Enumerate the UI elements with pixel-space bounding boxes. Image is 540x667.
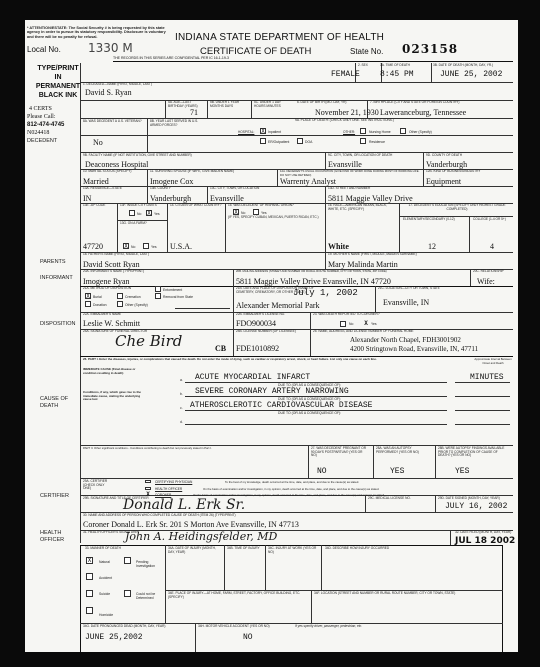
homicide-checkbox[interactable] — [86, 607, 93, 614]
embalmer-license[interactable]: FDO900034 — [236, 319, 276, 328]
education-elementary[interactable]: 12 — [428, 242, 436, 251]
sex-value[interactable]: FEMALE — [331, 70, 360, 79]
inpatient-checkbox[interactable]: X — [260, 128, 266, 134]
informant-name[interactable]: Imogene Ryan — [83, 277, 130, 286]
local-no-label: Local No. — [27, 45, 61, 54]
nursing-home-checkbox[interactable] — [360, 128, 366, 134]
section-decedent: DECEDENT — [27, 138, 57, 144]
pending-checkbox[interactable] — [124, 557, 131, 564]
occupation[interactable]: Warrenty Analyst — [280, 177, 336, 186]
section-health-officer: HEALTH OFFICER — [40, 530, 64, 544]
funeral-director-signature[interactable]: Che Bird — [115, 332, 182, 350]
disposition-location[interactable]: Evansville, IN — [383, 298, 429, 307]
marital-status[interactable]: Married — [83, 177, 109, 186]
residence-street[interactable]: 5811 Maggie Valley Drive — [328, 194, 413, 203]
date-pronounced-dead[interactable]: JUNE 25,2002 — [85, 633, 143, 642]
undetermined-checkbox[interactable] — [124, 590, 131, 597]
section-certifier: CERTIFIER — [40, 493, 69, 499]
cause-line-c[interactable]: ATHEROSCLEROTIC CARDIOVASCULAR DISEASE — [190, 401, 372, 410]
physician-checkbox[interactable] — [145, 480, 151, 483]
donation-checkbox[interactable] — [85, 301, 91, 307]
local-no-value[interactable]: 1330 M — [88, 41, 133, 55]
motor-vehicle-accident[interactable]: NO — [243, 633, 253, 642]
residence-city[interactable]: Evansville — [210, 194, 244, 203]
disposition-date[interactable]: July 1, 2002 — [293, 288, 358, 298]
er-outpatient-checkbox[interactable] — [260, 138, 266, 144]
director-license[interactable]: FDE1010892 — [236, 344, 279, 353]
funeral-home-name[interactable]: Alexander North Chapel, FDH3001902 — [350, 336, 461, 344]
suicide-checkbox[interactable] — [86, 590, 93, 597]
entombment-checkbox[interactable] — [155, 286, 161, 292]
funeral-home-address[interactable]: 4200 Stringtown Road, Evansville, IN, 47… — [350, 345, 478, 353]
phone-number: 812-474-4745 — [27, 122, 64, 128]
section-disposition: DISPOSITION — [40, 321, 75, 327]
cremation-checkbox[interactable] — [117, 293, 123, 299]
zip-code[interactable]: 47720 — [83, 242, 103, 251]
agency-title: INDIANA STATE DEPARTMENT OF HEALTH — [175, 32, 384, 43]
farm-no-checkbox[interactable]: X — [123, 243, 129, 249]
coroner-yes-checkbox[interactable]: X — [363, 321, 369, 327]
county-of-death[interactable]: Vanderburgh — [426, 160, 467, 169]
section-parents: PARENTS — [40, 259, 66, 265]
autopsy-findings-value[interactable]: YES — [455, 467, 469, 476]
date-signed[interactable]: JULY 16, 2002 — [445, 502, 507, 511]
father-name[interactable]: David Scott Ryan — [83, 260, 140, 269]
farm-yes-checkbox[interactable] — [143, 243, 149, 249]
surviving-spouse[interactable]: Imogene Cox — [150, 177, 193, 186]
business-industry[interactable]: Equipment — [426, 177, 461, 186]
time-of-death[interactable]: 8:45 PM — [380, 70, 414, 79]
disposition-place[interactable]: Alexander Memorial Park — [236, 301, 320, 310]
mother-name[interactable]: Mary Malinda Martin — [328, 260, 398, 269]
citizen-country[interactable]: U.S.A. — [170, 242, 192, 251]
death-certificate: * ATTENTION/ESTATE: The Social Security … — [25, 20, 518, 652]
removal-checkbox[interactable] — [155, 293, 161, 299]
cause-line-b[interactable]: SEVERE CORONARY ARTERY NARROWING — [195, 387, 349, 396]
residence-state[interactable]: IN — [83, 194, 91, 203]
age-value[interactable]: 71 — [190, 108, 198, 117]
state-no-label: State No. — [350, 47, 383, 56]
date-of-birth[interactable]: November 21, 1930 — [315, 108, 379, 117]
inside-city-no-checkbox[interactable] — [129, 210, 135, 216]
coroner-no-checkbox[interactable] — [340, 321, 346, 327]
health-officer-checkbox[interactable] — [145, 487, 151, 490]
health-officer-signature[interactable]: John A. Heidingsfelder, MD — [125, 530, 277, 543]
pregnant-value[interactable]: NO — [317, 467, 327, 476]
other-place-checkbox[interactable] — [400, 128, 406, 134]
date-of-death[interactable]: JUNE 25, 2002 — [440, 70, 502, 79]
burial-checkbox[interactable]: X — [85, 293, 91, 299]
informant-relationship[interactable]: Wife: — [477, 277, 495, 286]
inside-city-yes-checkbox[interactable]: X — [146, 210, 152, 216]
doa-checkbox[interactable] — [297, 138, 303, 144]
accident-checkbox[interactable] — [86, 573, 93, 580]
reference-number: N024418 — [27, 130, 49, 136]
residence-checkbox[interactable] — [360, 138, 366, 144]
please-call-note: Please Call: — [27, 114, 56, 120]
section-informant: INFORMANT — [40, 275, 73, 281]
certs-note: 4 CERTS — [29, 106, 52, 112]
state-no-value[interactable]: 023158 — [402, 42, 458, 56]
confidential-notice: THE RECORDS IN THIS SERIES ARE CONFIDENT… — [113, 56, 229, 60]
autopsy-value[interactable]: YES — [390, 467, 404, 476]
education-college[interactable]: 4 — [490, 242, 494, 251]
attention-notice: * ATTENTION/ESTATE: The Social Security … — [27, 26, 172, 39]
section-cause-of-death: CAUSE OF DEATH — [40, 396, 68, 410]
city-of-death[interactable]: Evansville — [328, 160, 362, 169]
veteran-value[interactable]: No — [93, 138, 103, 147]
cause-line-a[interactable]: ACUTE MYOCARDIAL INFARCT — [195, 373, 310, 382]
race-value[interactable]: White — [328, 242, 349, 251]
completer-name-address[interactable]: Coroner Donald L. Erk Sr. 201 S Morton A… — [83, 520, 299, 529]
decedent-name[interactable]: David S. Ryan — [85, 88, 132, 97]
certifier-signature[interactable]: Donald L. Erk Sr. — [123, 497, 245, 513]
embalmer-name[interactable]: Leslie W. Schmitt — [83, 319, 140, 328]
informant-address[interactable]: 5811 Maggie Valley Drive Evansville, IN … — [236, 277, 391, 286]
director-initials: CB — [215, 344, 226, 353]
residence-county[interactable]: Vanderburgh — [150, 194, 191, 203]
other-disposition-checkbox[interactable] — [117, 301, 123, 307]
natural-checkbox[interactable]: X — [86, 557, 93, 564]
interval-a[interactable]: MINUTES — [470, 373, 504, 382]
facility-name[interactable]: Deaconess Hospital — [85, 160, 148, 169]
birthplace[interactable]: Laweranceburg, Tennessee — [380, 108, 466, 117]
